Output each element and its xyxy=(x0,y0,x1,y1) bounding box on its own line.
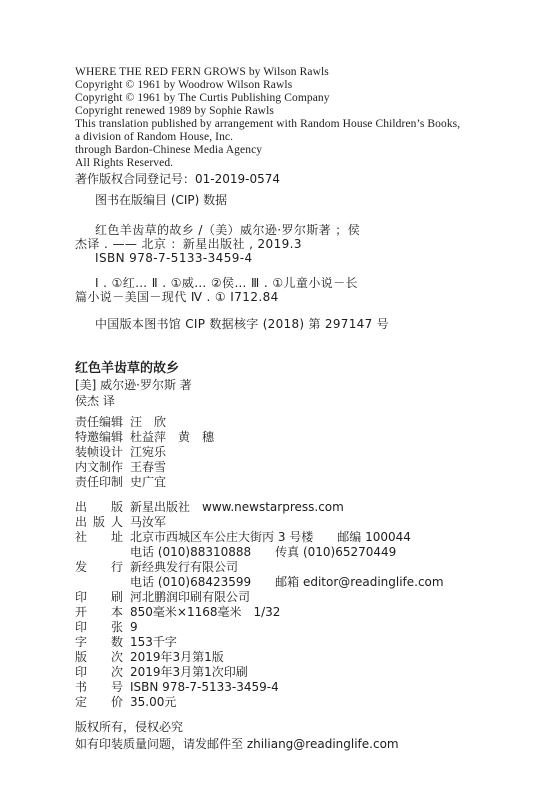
publishing-value: ISBN 978-7-5133-3459-4 xyxy=(130,680,279,695)
copyright-line: WHERE THE RED FERN GROWS by Wilson Rawls xyxy=(75,66,524,79)
copyright-line: Copyright © 1961 by Woodrow Wilson Rawls xyxy=(75,79,524,92)
publishing-value: 马汝军 xyxy=(130,515,166,530)
cip-isbn-line: ISBN 978-7-5133-3459-4 xyxy=(75,251,524,265)
staff-label: 内文制作 xyxy=(75,460,123,475)
publishing-value: 电话 (010)88310888 传真 (010)65270449 xyxy=(130,545,396,560)
staff-value: 王春雪 xyxy=(130,460,166,475)
publishing-row: 印刷 河北鹏润印刷有限公司 xyxy=(75,590,524,605)
staff-row: 特邀编辑 杜益萍 黄 穗 xyxy=(75,430,524,445)
publishing-label: 出版 xyxy=(75,500,123,515)
publishing-row: 电话 (010)88310888 传真 (010)65270449 xyxy=(75,545,524,560)
cip-header: 图书在版编目 (CIP) 数据 xyxy=(75,193,524,207)
cip-line: 红色羊齿草的故乡 /（美）威尔逊·罗尔斯著 ；侯 xyxy=(75,223,524,237)
cip-description: 红色羊齿草的故乡 /（美）威尔逊·罗尔斯著 ；侯 杰译 . —— 北京 ：新星出… xyxy=(75,223,524,265)
book-title: 红色羊齿草的故乡 xyxy=(75,360,524,377)
staff-value: 江宛乐 xyxy=(130,445,166,460)
publishing-value: 河北鹏润印刷有限公司 xyxy=(130,590,250,605)
publishing-row: 社址 北京市西城区车公庄大街丙 3 号楼 邮编 100044 xyxy=(75,530,524,545)
publishing-label: 社址 xyxy=(75,530,123,545)
registration-number-line: 著作版权合同登记号：01-2019-0574 xyxy=(75,172,524,187)
publishing-block: 出版 新星出版社 www.newstarpress.com 出版人 马汝军 社址… xyxy=(75,500,524,710)
publishing-value: 850毫米×1168毫米 1/32 xyxy=(130,605,280,620)
publishing-label: 定价 xyxy=(75,695,123,710)
staff-value: 杜益萍 黄 穗 xyxy=(130,430,214,445)
publishing-label: 印刷 xyxy=(75,590,123,605)
cip-record-number-line: 中国版本图书馆 CIP 数据核字 (2018) 第 297147 号 xyxy=(75,317,524,331)
publishing-row: 字数 153千字 xyxy=(75,635,524,650)
publishing-value: 新星出版社 www.newstarpress.com xyxy=(130,500,344,515)
publishing-value: 新经典发行有限公司 xyxy=(130,560,238,575)
copyright-line: All Rights Reserved. xyxy=(75,157,524,170)
publishing-row: 版次 2019年3月第1版 xyxy=(75,650,524,665)
publishing-label: 书号 xyxy=(75,680,123,695)
staff-label: 责任编辑 xyxy=(75,415,123,430)
cip-classification: Ⅰ . ①红… Ⅱ . ①威… ②侯… Ⅲ . ①儿童小说－长 篇小说－美国－现… xyxy=(75,277,524,304)
publishing-row: 印张 9 xyxy=(75,620,524,635)
copyright-line: through Bardon-Chinese Media Agency xyxy=(75,144,524,157)
publishing-label xyxy=(75,545,123,560)
publishing-row: 印次 2019年3月第1次印刷 xyxy=(75,665,524,680)
cip-line: 杰译 . —— 北京 ：新星出版社 , 2019.3 xyxy=(75,237,524,251)
publishing-value: 电话 (010)68423599 邮箱 editor@readinglife.c… xyxy=(130,575,444,590)
publishing-label: 印张 xyxy=(75,620,123,635)
publishing-label: 发行 xyxy=(75,560,123,575)
publishing-label xyxy=(75,575,123,590)
publishing-row: 发行 新经典发行有限公司 xyxy=(75,560,524,575)
publishing-label: 出版人 xyxy=(75,515,123,530)
footer-notices: 版权所有，侵权必究 如有印装质量问题，请发邮件至 zhiliang@readin… xyxy=(75,719,524,752)
publishing-label: 开本 xyxy=(75,605,123,620)
book-copyright-page: WHERE THE RED FERN GROWS by Wilson Rawls… xyxy=(0,0,552,800)
publishing-value: 2019年3月第1次印刷 xyxy=(130,665,248,680)
staff-row: 责任编辑 汪 欣 xyxy=(75,415,524,430)
copyright-line: a division of Random House, Inc. xyxy=(75,131,524,144)
staff-row: 内文制作 王春雪 xyxy=(75,460,524,475)
publishing-value: 2019年3月第1版 xyxy=(130,650,224,665)
author-line: [美] 威尔逊·罗尔斯 著 xyxy=(75,377,524,393)
staff-label: 装帧设计 xyxy=(75,445,123,460)
publishing-label: 版次 xyxy=(75,650,123,665)
english-copyright-block: WHERE THE RED FERN GROWS by Wilson Rawls… xyxy=(75,66,524,170)
publishing-value: 35.00元 xyxy=(130,695,176,710)
publishing-label: 印次 xyxy=(75,665,123,680)
publishing-value: 9 xyxy=(130,620,138,635)
staff-row: 责任印制 史广宜 xyxy=(75,475,524,490)
copyright-line: Copyright © 1961 by The Curtis Publishin… xyxy=(75,92,524,105)
publishing-value: 153千字 xyxy=(130,635,177,650)
publishing-row: 定价 35.00元 xyxy=(75,695,524,710)
staff-block: 责任编辑 汪 欣 特邀编辑 杜益萍 黄 穗 装帧设计 江宛乐 内文制作 王春雪 … xyxy=(75,415,524,490)
publishing-label: 字数 xyxy=(75,635,123,650)
translator-line: 侯杰 译 xyxy=(75,393,524,409)
publishing-row: 出版人 马汝军 xyxy=(75,515,524,530)
publishing-value: 北京市西城区车公庄大街丙 3 号楼 邮编 100044 xyxy=(130,530,411,545)
staff-value: 汪 欣 xyxy=(130,415,166,430)
staff-label: 责任印制 xyxy=(75,475,123,490)
cip-class-line: Ⅰ . ①红… Ⅱ . ①威… ②侯… Ⅲ . ①儿童小说－长 xyxy=(75,277,524,291)
staff-value: 史广宜 xyxy=(130,475,166,490)
publishing-row: 开本 850毫米×1168毫米 1/32 xyxy=(75,605,524,620)
staff-row: 装帧设计 江宛乐 xyxy=(75,445,524,460)
publishing-row: 书号 ISBN 978-7-5133-3459-4 xyxy=(75,680,524,695)
staff-label: 特邀编辑 xyxy=(75,430,123,445)
title-block: 红色羊齿草的故乡 [美] 威尔逊·罗尔斯 著 侯杰 译 xyxy=(75,360,524,409)
publishing-row: 电话 (010)68423599 邮箱 editor@readinglife.c… xyxy=(75,575,524,590)
quality-contact-line: 如有印装质量问题，请发邮件至 zhiliang@readinglife.com xyxy=(75,736,524,753)
copyright-line: Copyright renewed 1989 by Sophie Rawls xyxy=(75,105,524,118)
copyright-line: This translation published by arrangemen… xyxy=(75,118,524,131)
rights-reserved-notice: 版权所有，侵权必究 xyxy=(75,719,524,736)
publishing-row: 出版 新星出版社 www.newstarpress.com xyxy=(75,500,524,515)
cip-class-line: 篇小说－美国－现代 Ⅳ . ① I712.84 xyxy=(75,291,524,305)
